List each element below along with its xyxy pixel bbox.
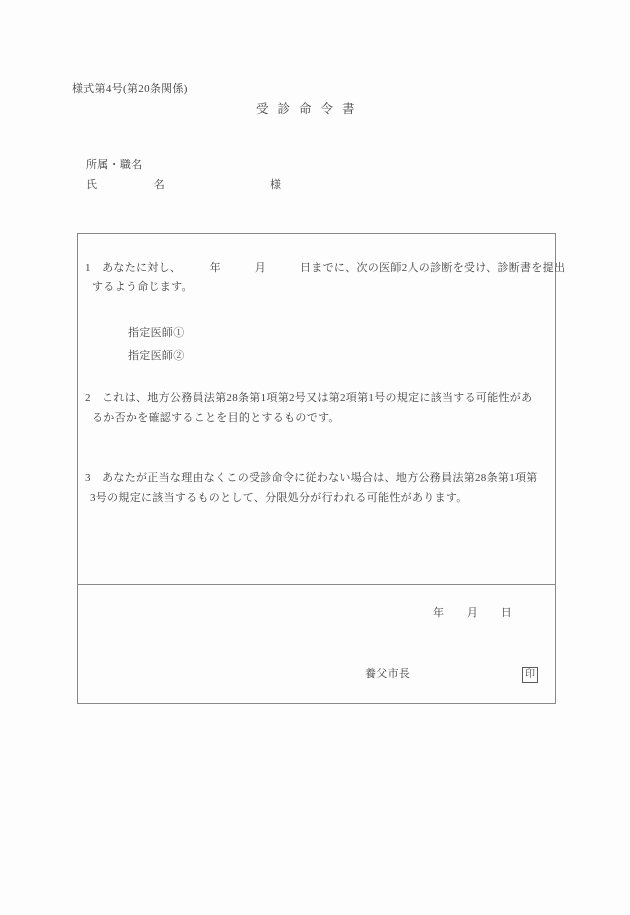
form-number: 様式第4号(第20条関係) — [72, 82, 188, 96]
designated-doctor-1-label: 指定医師① — [128, 326, 185, 340]
order-box — [77, 233, 556, 704]
name-label: 氏 名 — [86, 178, 165, 192]
issuer-label: 養父市長 — [365, 667, 410, 681]
issue-date-line: 年 月 日 — [433, 606, 512, 620]
seal-label: 印 — [525, 670, 535, 680]
order-item-2-line-1: 2 これは、地方公務員法第28条第1項第2号又は第2項第1号の規定に該当する可能… — [85, 391, 532, 405]
page-title: 受診命令書 — [256, 102, 364, 116]
order-item-3-line-1: 3 あなたが正当な理由なくこの受診命令に従わない場合は、地方公務員法第28条第1… — [85, 471, 538, 485]
order-item-1-line-2: するよう命じます。 — [92, 280, 193, 294]
honorific-label: 様 — [270, 178, 281, 192]
order-item-2-line-2: るか否かを確認することを目的とするものです。 — [92, 411, 340, 425]
order-item-3-line-2: 3号の規定に該当するものとして、分限処分が行われる可能性があります。 — [90, 491, 468, 505]
order-item-1-line-1: 1 あなたに対し、 年 月 日までに、次の医師2人の診断を受け、診断書を提出 — [85, 261, 565, 275]
designated-doctor-2-label: 指定医師② — [128, 349, 185, 363]
signature-section-divider — [78, 584, 555, 585]
affiliation-label: 所属・職名 — [86, 158, 143, 172]
seal-stamp: 印 — [522, 667, 538, 683]
medical-examination-order-document: 様式第4号(第20条関係) 受診命令書 所属・職名 氏 名 様 1 あなたに対し… — [0, 0, 630, 915]
